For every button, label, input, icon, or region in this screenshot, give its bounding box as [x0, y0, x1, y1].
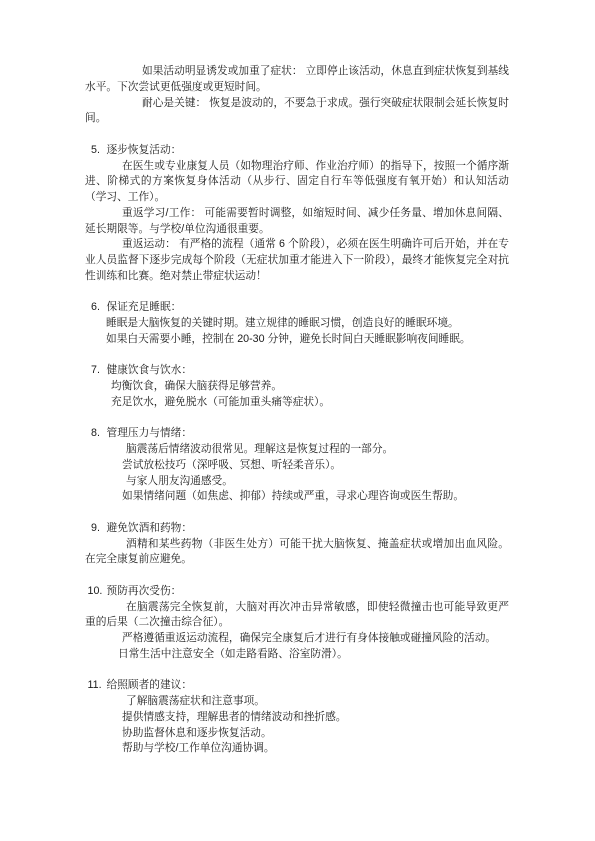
- item-heading: 9. 避免饮酒和药物：: [85, 521, 509, 537]
- item-paragraph: 提供情感支持，理解患者的情绪波动和挫折感。: [85, 710, 509, 726]
- item-heading: 8. 管理压力与情绪：: [85, 426, 509, 442]
- item-title: 健康饮食与饮水：: [107, 363, 193, 379]
- item-heading: 10. 预防再次受伤：: [85, 584, 509, 600]
- item-title: 预防再次受伤：: [107, 584, 182, 600]
- document-body: 如果活动明显诱发或加重了症状： 立即停止该活动，休息直到症状恢复到基线水平。下次…: [85, 64, 509, 757]
- item-title: 逐步恢复活动：: [107, 143, 182, 159]
- intro-paragraph: 如果活动明显诱发或加重了症状： 立即停止该活动，休息直到症状恢复到基线水平。下次…: [85, 64, 509, 96]
- item-paragraph: 日常生活中注意安全（如走路看路、浴室防滑）。: [85, 647, 509, 663]
- intro-paragraph: 耐心是关键： 恢复是波动的，不要急于求成。强行突破症状限制会延长恢复时间。: [85, 96, 509, 128]
- item-paragraph: 重返运动： 有严格的流程（通常 6 个阶段），必须在医生明确许可后开始，并在专业…: [85, 237, 509, 284]
- item-number: 7.: [85, 363, 107, 379]
- item-paragraph: 严格遵循重返运动流程，确保完全康复后才进行有身体接触或碰撞风险的活动。: [85, 631, 509, 647]
- item-title: 避免饮酒和药物：: [107, 521, 193, 537]
- item-paragraph: 重返学习/工作： 可能需要暂时调整，如缩短时间、减少任务量、增加休息间隔、延长期…: [85, 206, 509, 238]
- numbered-item-11: 11. 给照顾者的建议： 了解脑震荡症状和注意事项。 提供情感支持，理解患者的情…: [85, 678, 509, 757]
- item-heading: 6. 保证充足睡眠：: [85, 300, 509, 316]
- item-paragraph: 脑震荡后情绪波动很常见。理解这是恢复过程的一部分。: [85, 442, 509, 458]
- item-paragraph: 均衡饮食，确保大脑获得足够营养。: [85, 379, 509, 395]
- item-paragraph: 如果白天需要小睡，控制在 20-30 分钟，避免长时间白天睡眠影响夜间睡眠。: [85, 332, 509, 348]
- item-heading: 11. 给照顾者的建议：: [85, 678, 509, 694]
- numbered-item-10: 10. 预防再次受伤： 在脑震荡完全恢复前，大脑对再次冲击异常敏感，即使轻微撞击…: [85, 584, 509, 663]
- item-paragraph: 尝试放松技巧（深呼吸、冥想、听轻柔音乐）。: [85, 458, 509, 474]
- item-title: 给照顾者的建议：: [107, 678, 193, 694]
- item-paragraph: 如果情绪问题（如焦虑、抑郁）持续或严重，寻求心理咨询或医生帮助。: [85, 489, 509, 505]
- item-heading: 5. 逐步恢复活动：: [85, 143, 509, 159]
- item-paragraph: 睡眠是大脑恢复的关键时期。建立规律的睡眠习惯，创造良好的睡眠环境。: [85, 316, 509, 332]
- item-paragraph: 酒精和某些药物（非医生处方）可能干扰大脑恢复、掩盖症状或增加出血风险。在完全康复…: [85, 537, 509, 569]
- item-number: 11.: [85, 678, 107, 694]
- item-heading: 7. 健康饮食与饮水：: [85, 363, 509, 379]
- item-number: 10.: [85, 584, 107, 600]
- item-number: 5.: [85, 143, 107, 159]
- item-paragraph: 帮助与学校/工作单位沟通协调。: [85, 741, 509, 757]
- item-paragraph: 协助监督休息和逐步恢复活动。: [85, 726, 509, 742]
- item-paragraph: 充足饮水，避免脱水（可能加重头痛等症状）。: [85, 395, 509, 411]
- item-paragraph: 与家人朋友沟通感受。: [85, 474, 509, 490]
- item-paragraph: 在医生或专业康复人员（如物理治疗师、作业治疗师）的指导下，按照一个循序渐进、阶梯…: [85, 159, 509, 206]
- item-paragraph: 了解脑震荡症状和注意事项。: [85, 694, 509, 710]
- item-title: 管理压力与情绪：: [107, 426, 193, 442]
- item-number: 9.: [85, 521, 107, 537]
- item-paragraph: 在脑震荡完全恢复前，大脑对再次冲击异常敏感，即使轻微撞击也可能导致更严重的后果（…: [85, 600, 509, 632]
- numbered-item-8: 8. 管理压力与情绪： 脑震荡后情绪波动很常见。理解这是恢复过程的一部分。 尝试…: [85, 426, 509, 505]
- item-title: 保证充足睡眠：: [107, 300, 182, 316]
- numbered-item-7: 7. 健康饮食与饮水： 均衡饮食，确保大脑获得足够营养。 充足饮水，避免脱水（可…: [85, 363, 509, 410]
- document-page: 如果活动明显诱发或加重了症状： 立即停止该活动，休息直到症状恢复到基线水平。下次…: [0, 0, 595, 841]
- numbered-item-5: 5. 逐步恢复活动： 在医生或专业康复人员（如物理治疗师、作业治疗师）的指导下，…: [85, 143, 509, 285]
- numbered-item-6: 6. 保证充足睡眠： 睡眠是大脑恢复的关键时期。建立规律的睡眠习惯，创造良好的睡…: [85, 300, 509, 347]
- numbered-item-9: 9. 避免饮酒和药物： 酒精和某些药物（非医生处方）可能干扰大脑恢复、掩盖症状或…: [85, 521, 509, 568]
- item-number: 6.: [85, 300, 107, 316]
- item-number: 8.: [85, 426, 107, 442]
